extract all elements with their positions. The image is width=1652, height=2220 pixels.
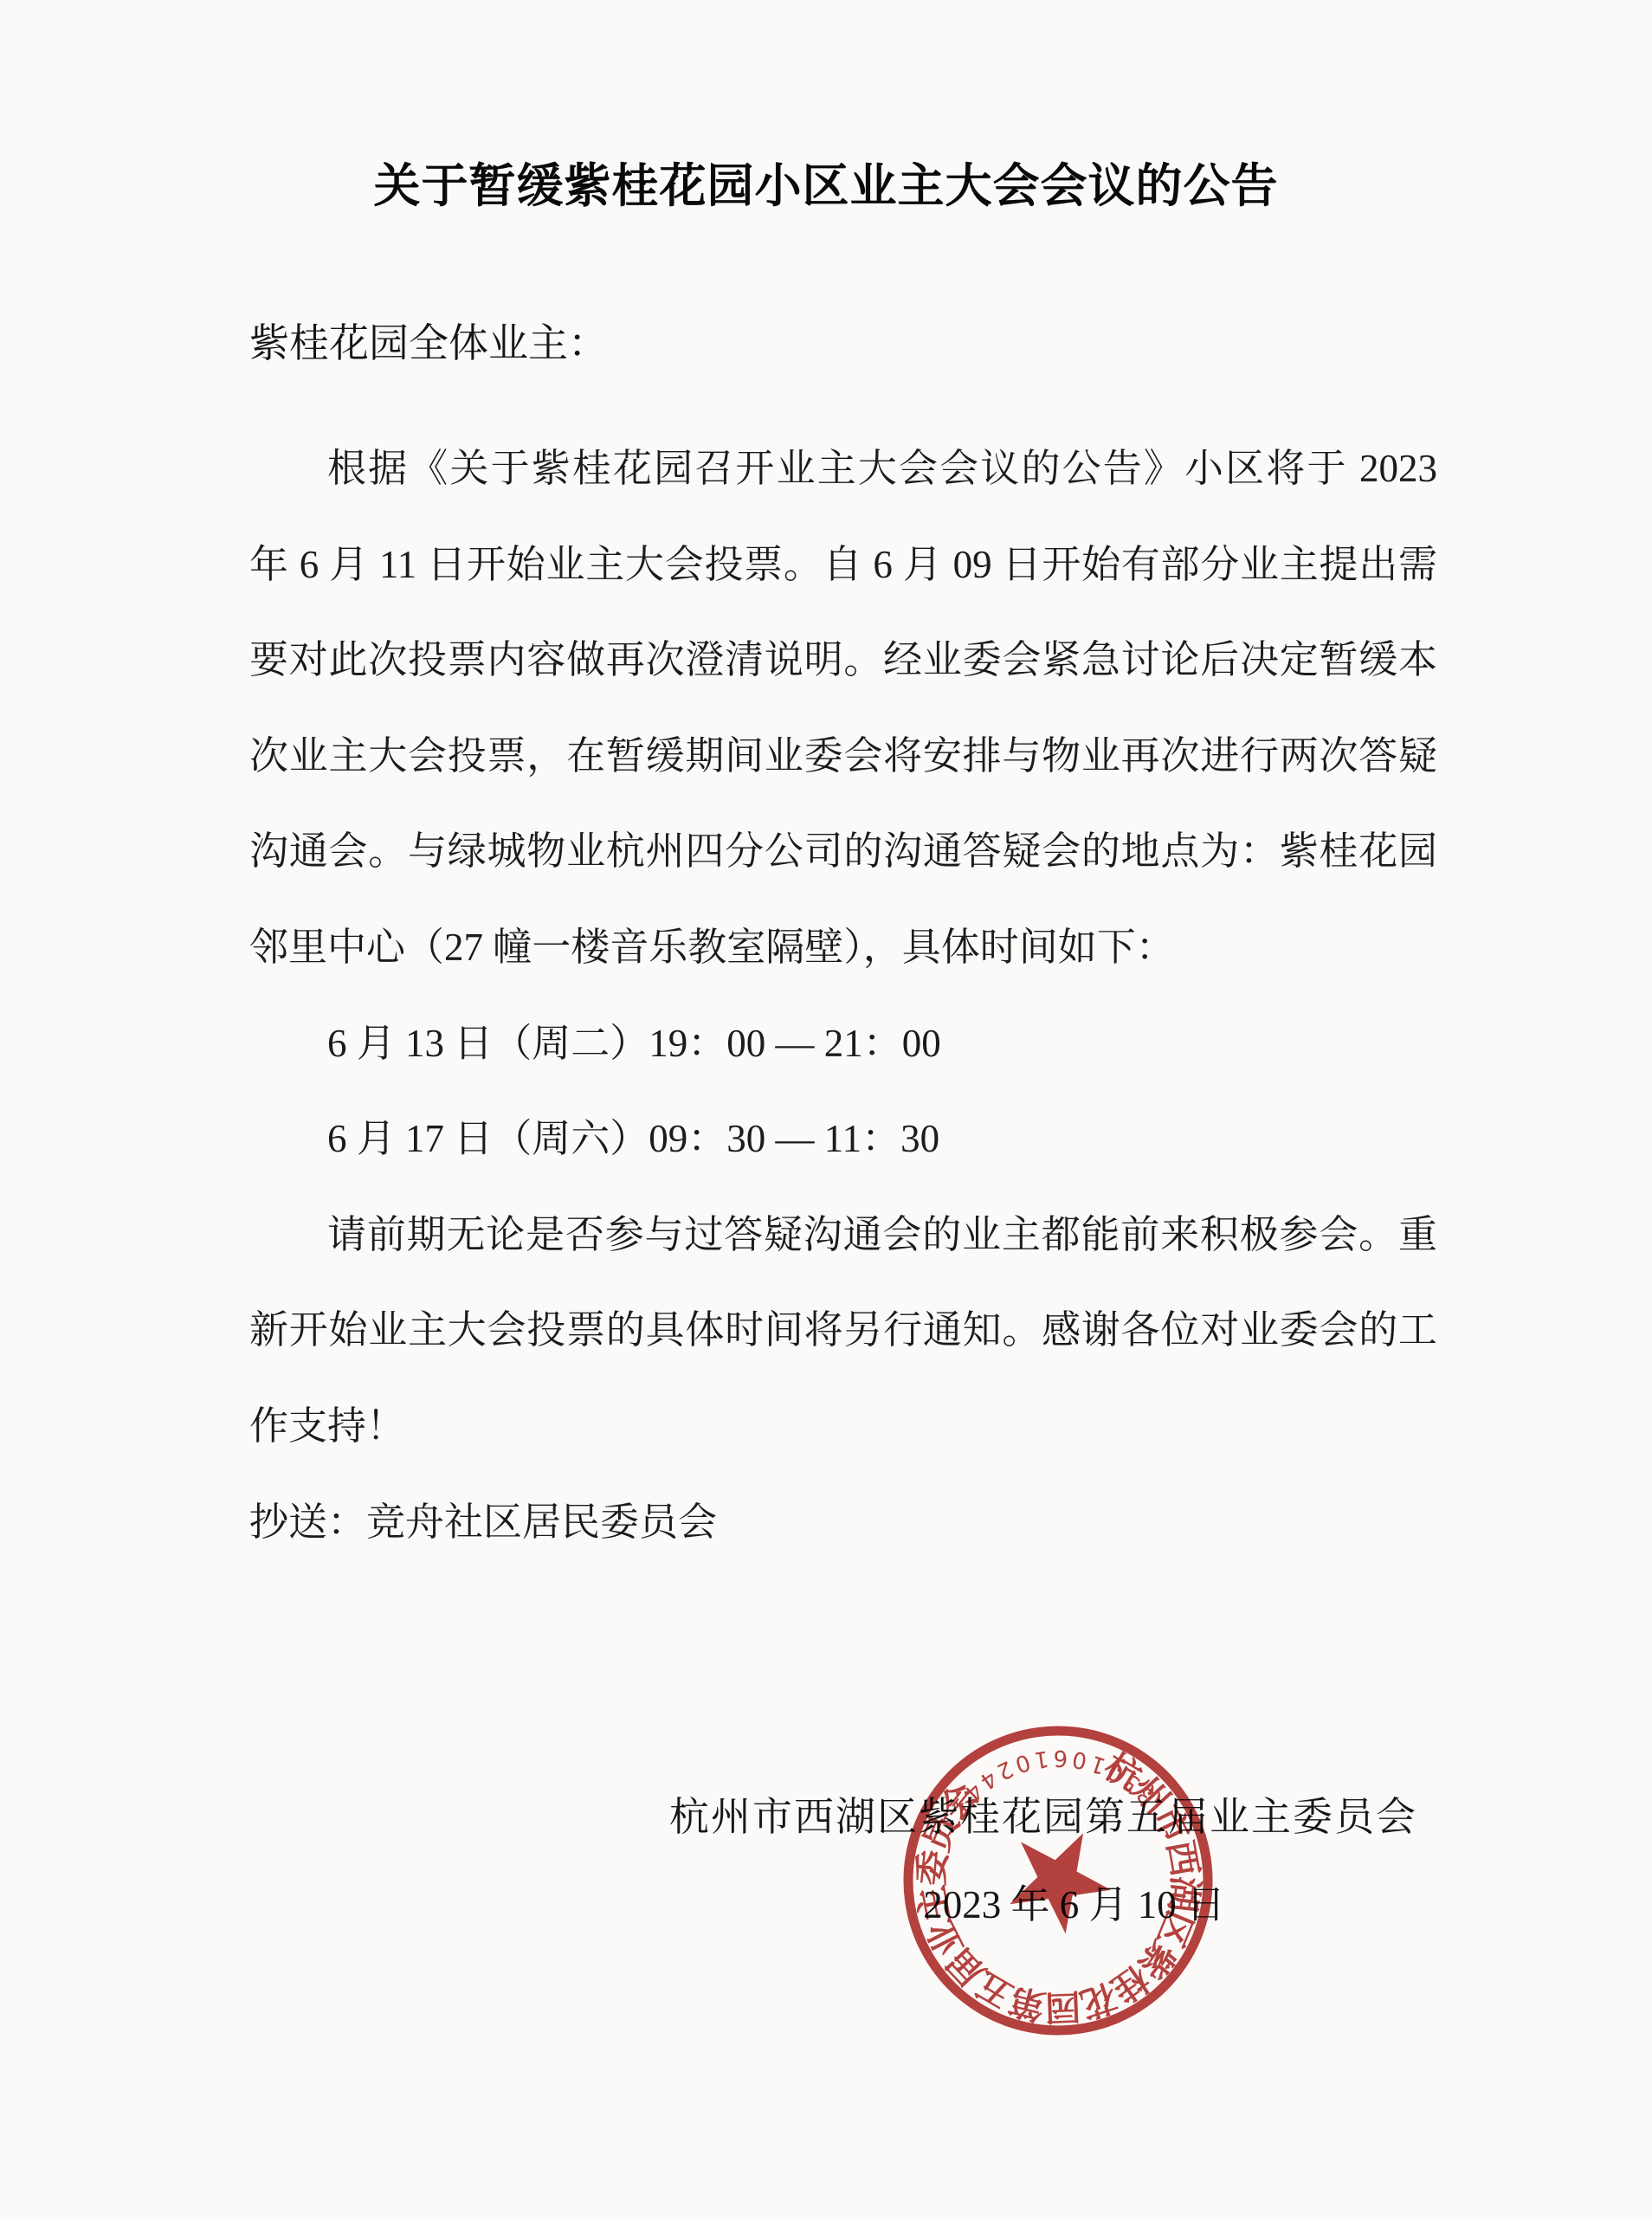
official-seal: 杭州市西湖区紫桂花园第五届业主委员会 3301061024413 [872, 1694, 1243, 2066]
body-line: 沟通会。与绿城物业杭州四分公司的沟通答疑会的地点为：紫桂花园 [249, 803, 1437, 900]
schedule-line: 6 月 13 日（周二）19：00 — 21：00 [249, 996, 1437, 1092]
body-line: 根据《关于紫桂花园召开业主大会会议的公告》小区将于 2023 [249, 421, 1437, 517]
closing-line: 请前期无论是否参与过答疑沟通会的业主都能前来积极参会。重 [249, 1187, 1437, 1283]
body-line: 年 6 月 11 日开始业主大会投票。自 6 月 09 日开始有部分业主提出需 [249, 517, 1437, 613]
official-seal-graphic: 杭州市西湖区紫桂花园第五届业主委员会 3301061024413 [872, 1694, 1243, 2066]
notice-title: 关于暂缓紫桂花园小区业主大会会议的公告 [0, 149, 1652, 216]
cc-line: 抄送：竞舟社区居民委员会 [249, 1475, 1437, 1571]
body-line: 邻里中心（27 幢一楼音乐教室隔壁），具体时间如下： [249, 900, 1437, 996]
closing-line: 作支持！ [249, 1378, 1437, 1475]
salutation: 紫桂花园全体业主： [249, 312, 608, 369]
notice-body: 根据《关于紫桂花园召开业主大会会议的公告》小区将于 2023 年 6 月 11 … [249, 421, 1437, 1570]
seal-star-icon [1002, 1830, 1116, 1941]
scanned-notice-page: 关于暂缓紫桂花园小区业主大会会议的公告 紫桂花园全体业主： 根据《关于紫桂花园召… [0, 0, 1652, 2220]
body-line: 要对此次投票内容做再次澄清说明。经业委会紧急讨论后决定暂缓本 [249, 612, 1437, 708]
body-line: 次业主大会投票，在暂缓期间业委会将安排与物业再次进行两次答疑 [249, 708, 1437, 804]
closing-line: 新开始业主大会投票的具体时间将另行通知。感谢各位对业委会的工 [249, 1282, 1437, 1378]
schedule-line: 6 月 17 日（周六）09：30 — 11：30 [249, 1091, 1437, 1187]
